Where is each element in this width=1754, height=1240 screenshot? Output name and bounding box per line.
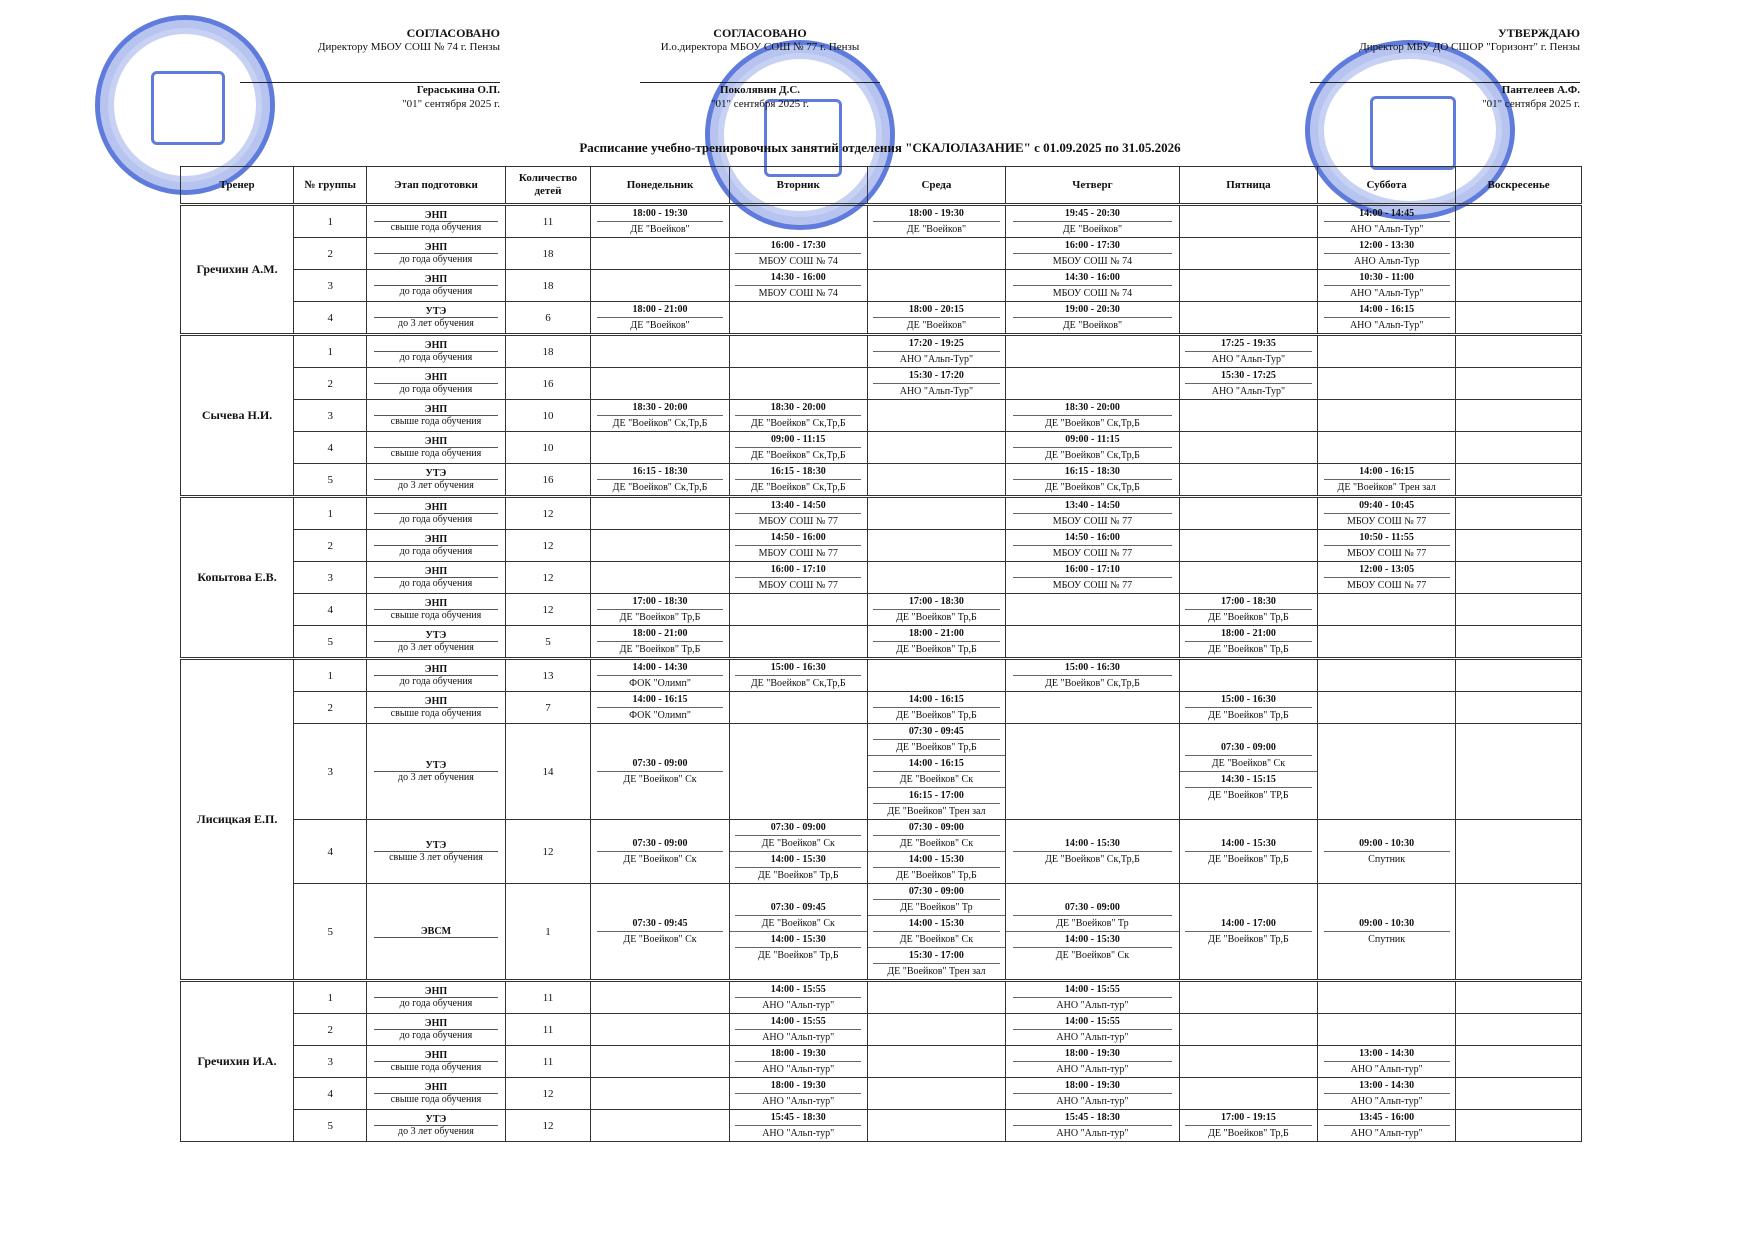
time-slot: 18:00 - 20:15ДЕ "Воейков" [868,302,1005,333]
slot-place: ДЕ "Воейков" Тр,Б [1180,610,1317,625]
stage-name: ЭВСМ [374,926,497,938]
schedule-cell [1318,335,1456,368]
schedule-cell [1179,659,1317,692]
group-number: 5 [294,1110,367,1142]
time-slot: 16:15 - 18:30ДЕ "Воейков" Ск,Тр,Б [1006,464,1179,495]
training-stage: ЭНПдо года обучения [367,1014,505,1046]
slot-place: АНО "Альп-тур" [1006,998,1179,1013]
schedule-cell: 13:00 - 14:30АНО "Альп-тур" [1318,1046,1456,1078]
schedule-cell [591,368,729,400]
slot-place: ДЕ "Воейков" Тр,Б [868,610,1005,625]
slot-time: 07:30 - 09:45 [873,724,999,740]
slot-time: 07:30 - 09:00 [735,820,861,836]
slot-time: 18:00 - 19:30 [735,1078,861,1094]
training-stage: ЭНПсвыше года обучения [367,432,505,464]
slot-place: ФОК "Олимп" [591,708,728,723]
group-number: 2 [294,238,367,270]
approval-position: Директор МБУ ДО СШОР "Горизонт" г. Пензы [1310,40,1580,54]
slot-place: АНО "Альп-тур" [1318,1126,1455,1141]
slot-place: ДЕ "Воейков" Ск,Тр,Б [1006,480,1179,495]
schedule-cell: 15:45 - 18:30АНО "Альп-тур" [1006,1110,1180,1142]
slot-place: АНО "Альп-тур" [1006,1030,1179,1045]
slot-time: 12:00 - 13:05 [1324,562,1450,578]
time-slot: 18:30 - 20:00ДЕ "Воейков" Ск,Тр,Б [730,400,867,431]
children-count: 18 [505,270,591,302]
slot-time: 18:00 - 19:30 [597,206,723,222]
time-slot: 14:30 - 16:00МБОУ СОШ № 74 [730,270,867,301]
slot-time: 14:50 - 16:00 [735,530,861,546]
training-stage: ЭНПдо года обучения [367,368,505,400]
schedule-table: Тренер№ группыЭтап подготовкиКоличество … [180,166,1582,1142]
schedule-cell [1318,400,1456,432]
children-count: 16 [505,368,591,400]
time-slot: 14:00 - 15:55АНО "Альп-тур" [1006,982,1179,1013]
schedule-cell: 17:20 - 19:25АНО "Альп-Тур" [867,335,1005,368]
slot-place: МБОУ СОШ № 77 [1318,546,1455,561]
time-slot: 14:00 - 15:30ДЕ "Воейков" Тр,Б [868,851,1005,883]
schedule-cell: 07:30 - 09:45ДЕ "Воейков" Тр,Б14:00 - 16… [867,724,1005,820]
time-slot: 09:00 - 10:30Спутник [1318,836,1455,867]
schedule-cell [1179,464,1317,497]
time-slot: 13:40 - 14:50МБОУ СОШ № 77 [1006,498,1179,529]
schedule-cell: 18:00 - 19:30АНО "Альп-тур" [729,1046,867,1078]
children-count: 12 [505,820,591,884]
group-number: 3 [294,562,367,594]
approval-name: Поколявин Д.С. [640,83,880,97]
column-header: Суббота [1318,167,1456,205]
schedule-cell: 14:00 - 15:55АНО "Альп-тур" [1006,1014,1180,1046]
slot-time: 15:00 - 16:30 [735,660,861,676]
schedule-cell: 18:00 - 21:00ДЕ "Воейков" Тр,Б [867,626,1005,659]
schedule-cell [867,659,1005,692]
slot-time: 09:00 - 11:15 [735,432,861,448]
time-slot: 13:00 - 14:30АНО "Альп-тур" [1318,1078,1455,1109]
table-row: 3ЭНПдо года обучения1216:00 - 17:10МБОУ … [181,562,1582,594]
schedule-cell [1456,368,1582,400]
training-stage: ЭВСМ [367,884,505,981]
slot-place: ДЕ "Воейков" Тр,Б [1180,708,1317,723]
schedule-cell [591,1014,729,1046]
approval-block-2: СОГЛАСОВАНО И.о.директора МБОУ СОШ № 77 … [640,26,880,111]
schedule-cell: 13:45 - 16:00АНО "Альп-тур" [1318,1110,1456,1142]
schedule-cell [1179,497,1317,530]
time-slot: 14:50 - 16:00МБОУ СОШ № 77 [1006,530,1179,561]
time-slot: 07:30 - 09:45ДЕ "Воейков" Тр,Б [868,724,1005,755]
time-slot: 10:50 - 11:55МБОУ СОШ № 77 [1318,530,1455,561]
schedule-cell [1456,302,1582,335]
schedule-cell: 14:30 - 16:00МБОУ СОШ № 74 [1006,270,1180,302]
slot-time: 14:00 - 16:15 [597,692,723,708]
training-stage: УТЭдо 3 лет обучения [367,464,505,497]
slot-place: ДЕ "Воейков" ТР,Б [1180,788,1317,803]
time-slot: 15:30 - 17:00ДЕ "Воейков" Трен зал [868,947,1005,979]
stage-name: ЭНП [374,1050,497,1062]
table-row: Сычева Н.И.1ЭНПдо года обучения1817:20 -… [181,335,1582,368]
schedule-cell: 14:00 - 16:15ФОК "Олимп" [591,692,729,724]
slot-place: МБОУ СОШ № 77 [730,514,867,529]
stage-duration: свыше года обучения [367,1094,504,1105]
slot-place: ДЕ "Воейков" Ск [1006,948,1179,963]
children-count: 18 [505,238,591,270]
trainer-block: Гречихин И.А.1ЭНПдо года обучения1114:00… [181,981,1582,1142]
schedule-cell [867,1014,1005,1046]
time-slot: 14:00 - 17:00ДЕ "Воейков" Тр,Б [1180,916,1317,947]
table-row: Лисицкая Е.П.1ЭНПдо года обучения1314:00… [181,659,1582,692]
schedule-cell: 14:00 - 14:30ФОК "Олимп" [591,659,729,692]
slot-time: 19:00 - 20:30 [1013,302,1172,318]
stage-name: ЭНП [374,404,497,416]
slot-time: 14:00 - 14:45 [1324,206,1450,222]
slot-time: 10:50 - 11:55 [1324,530,1450,546]
table-row: 2ЭНПдо года обучения1214:50 - 16:00МБОУ … [181,530,1582,562]
schedule-cell [729,205,867,238]
slot-place: ДЕ "Воейков" Ск [730,836,867,851]
schedule-cell [1179,270,1317,302]
stage-name: УТЭ [374,630,497,642]
slot-time: 14:00 - 16:15 [1324,302,1450,318]
slot-place: АНО "Альп-Тур" [1318,286,1455,301]
table-row: 3ЭНПсвыше года обучения1118:00 - 19:30АН… [181,1046,1582,1078]
children-count: 6 [505,302,591,335]
slot-place: АНО "Альп-тур" [1318,1062,1455,1077]
slot-time: 14:00 - 15:55 [1013,982,1172,998]
table-row: 2ЭНПдо года обучения1816:00 - 17:30МБОУ … [181,238,1582,270]
approval-position: И.о.директора МБОУ СОШ № 77 г. Пензы [640,40,880,54]
time-slot: 07:30 - 09:00ДЕ "Воейков" Ск [868,820,1005,851]
stage-duration: до года обучения [367,546,504,557]
approval-block-1: СОГЛАСОВАНО Директору МБОУ СОШ № 74 г. П… [240,26,500,111]
slot-place: АНО "Альп-тур" [730,998,867,1013]
slot-time: 15:30 - 17:00 [873,948,999,964]
schedule-cell [591,270,729,302]
slot-place: ДЕ "Воейков" Трен зал [868,964,1005,979]
stage-name: ЭНП [374,664,497,676]
schedule-cell [867,270,1005,302]
time-slot: 14:30 - 16:00МБОУ СОШ № 74 [1006,270,1179,301]
time-slot: 14:00 - 15:30ДЕ "Воейков" Тр,Б [1180,836,1317,867]
time-slot: 14:00 - 15:30ДЕ "Воейков" Ск [1006,931,1179,963]
children-count: 10 [505,432,591,464]
schedule-cell: 18:00 - 20:15ДЕ "Воейков" [867,302,1005,335]
slot-place: ДЕ "Воейков" Ск,Тр,Б [1006,676,1179,691]
slot-time: 14:00 - 15:30 [735,932,861,948]
time-slot: 12:00 - 13:05МБОУ СОШ № 77 [1318,562,1455,593]
slot-time: 14:00 - 15:30 [873,916,999,932]
slot-time: 17:25 - 19:35 [1185,336,1311,352]
training-stage: УТЭдо 3 лет обучения [367,302,505,335]
time-slot: 18:00 - 21:00ДЕ "Воейков" Тр,Б [591,626,728,657]
slot-time: 15:30 - 17:25 [1185,368,1311,384]
schedule-cell [591,497,729,530]
training-stage: ЭНПдо года обучения [367,335,505,368]
schedule-cell: 15:45 - 18:30АНО "Альп-тур" [729,1110,867,1142]
training-stage: УТЭсвыше 3 лет обучения [367,820,505,884]
schedule-cell [1006,724,1180,820]
trainer-name: Сычева Н.И. [181,335,294,497]
schedule-cell [1179,981,1317,1014]
time-slot: 17:00 - 18:30ДЕ "Воейков" Тр,Б [591,594,728,625]
stage-duration: до года обучения [367,254,504,265]
time-slot: 18:00 - 19:30АНО "Альп-тур" [730,1046,867,1077]
slot-place: ДЕ "Воейков" Ск,Тр,Б [591,480,728,495]
schedule-cell [1318,368,1456,400]
training-stage: УТЭдо 3 лет обучения [367,724,505,820]
schedule-cell: 17:00 - 18:30ДЕ "Воейков" Тр,Б [1179,594,1317,626]
stage-duration: до года обучения [367,578,504,589]
children-count: 12 [505,497,591,530]
table-row: 3ЭНПсвыше года обучения1018:30 - 20:00ДЕ… [181,400,1582,432]
schedule-cell: 16:00 - 17:30МБОУ СОШ № 74 [729,238,867,270]
time-slot: 12:00 - 13:30АНО Альп-Тур [1318,238,1455,269]
slot-time: 07:30 - 09:00 [873,884,999,900]
slot-time: 17:00 - 18:30 [873,594,999,610]
slot-time: 09:40 - 10:45 [1324,498,1450,514]
trainer-block: Копытова Е.В.1ЭНПдо года обучения1213:40… [181,497,1582,659]
time-slot: 19:00 - 20:30ДЕ "Воейков" [1006,302,1179,333]
stage-duration: свыше 3 лет обучения [367,852,504,863]
slot-place: ДЕ "Воейков" Ск [730,916,867,931]
schedule-cell [1006,594,1180,626]
time-slot: 17:00 - 18:30ДЕ "Воейков" Тр,Б [1180,594,1317,625]
training-stage: ЭНПсвыше года обучения [367,1078,505,1110]
schedule-cell: 18:00 - 19:30АНО "Альп-тур" [1006,1078,1180,1110]
group-number: 4 [294,1078,367,1110]
group-number: 4 [294,594,367,626]
approval-position: Директору МБОУ СОШ № 74 г. Пензы [240,40,500,54]
slot-place: ДЕ "Воейков" Тр,Б [591,642,728,657]
schedule-cell [729,594,867,626]
table-row: 4ЭНПсвыше года обучения1218:00 - 19:30АН… [181,1078,1582,1110]
table-row: 4УТЭсвыше 3 лет обучения1207:30 - 09:00Д… [181,820,1582,884]
column-header: Пятница [1179,167,1317,205]
training-stage: ЭНПсвыше года обучения [367,400,505,432]
schedule-cell: 09:00 - 10:30Спутник [1318,820,1456,884]
time-slot: 14:00 - 16:15ДЕ "Воейков" Ск [868,755,1005,787]
schedule-cell [1179,1014,1317,1046]
schedule-cell: 12:00 - 13:30АНО Альп-Тур [1318,238,1456,270]
time-slot: 18:00 - 19:30АНО "Альп-тур" [730,1078,867,1109]
schedule-cell [1179,400,1317,432]
slot-place: ДЕ "Воейков" Ск,Тр,Б [591,416,728,431]
schedule-cell [1318,724,1456,820]
schedule-cell: 07:30 - 09:00ДЕ "Воейков" Ск14:00 - 15:3… [867,820,1005,884]
children-count: 12 [505,594,591,626]
schedule-cell: 15:30 - 17:25АНО "Альп-Тур" [1179,368,1317,400]
column-header: Среда [867,167,1005,205]
group-number: 3 [294,400,367,432]
time-slot: 07:30 - 09:00ДЕ "Воейков" Ск [1180,740,1317,771]
slot-place: ДЕ "Воейков" Ск [868,836,1005,851]
table-row: 5УТЭдо 3 лет обучения518:00 - 21:00ДЕ "В… [181,626,1582,659]
time-slot: 14:00 - 15:30ДЕ "Воейков" Тр,Б [730,931,867,963]
time-slot: 15:00 - 16:30ДЕ "Воейков" Тр,Б [1180,692,1317,723]
slot-time: 17:00 - 18:30 [597,594,723,610]
approval-date: "01" сентября 2025 г. [1310,97,1580,111]
time-slot: 16:15 - 17:00ДЕ "Воейков" Трен зал [868,787,1005,819]
schedule-cell [1006,368,1180,400]
slot-time: 14:00 - 15:30 [1013,836,1172,852]
stage-duration: до 3 лет обучения [367,642,504,653]
group-number: 4 [294,432,367,464]
schedule-cell: 14:00 - 16:15АНО "Альп-Тур" [1318,302,1456,335]
slot-place: АНО "Альп-Тур" [1180,352,1317,367]
schedule-cell [1456,724,1582,820]
slot-time: 14:00 - 16:15 [1324,464,1450,480]
slot-time: 13:40 - 14:50 [1013,498,1172,514]
slot-place: ДЕ "Воейков" Ск,Тр,Б [730,676,867,691]
schedule-cell [1456,530,1582,562]
slot-time: 16:15 - 17:00 [873,788,999,804]
time-slot: 14:30 - 15:15ДЕ "Воейков" ТР,Б [1180,771,1317,803]
slot-time: 07:30 - 09:45 [597,916,723,932]
schedule-cell [1456,335,1582,368]
time-slot: 13:40 - 14:50МБОУ СОШ № 77 [730,498,867,529]
schedule-cell [1318,659,1456,692]
schedule-cell [1456,1110,1582,1142]
slot-time: 16:15 - 18:30 [597,464,723,480]
slot-place: ДЕ "Воейков" Тр,Б [730,868,867,883]
slot-time: 18:00 - 19:30 [873,206,999,222]
training-stage: ЭНПдо года обучения [367,270,505,302]
column-header: Количество детей [505,167,591,205]
slot-place: Спутник [1318,852,1455,867]
table-row: 5УТЭдо 3 лет обучения1215:45 - 18:30АНО … [181,1110,1582,1142]
stage-name: УТЭ [374,760,497,772]
training-stage: ЭНПсвыше года обучения [367,692,505,724]
schedule-cell: 10:50 - 11:55МБОУ СОШ № 77 [1318,530,1456,562]
children-count: 16 [505,464,591,497]
training-stage: ЭНПсвыше года обучения [367,594,505,626]
slot-place: МБОУ СОШ № 77 [730,546,867,561]
slot-place: ДЕ "Воейков" Ск,Тр,Б [1006,448,1179,463]
schedule-cell [1456,497,1582,530]
slot-place: АНО "Альп-тур" [1318,1094,1455,1109]
slot-time: 18:30 - 20:00 [597,400,723,416]
time-slot: 16:15 - 18:30ДЕ "Воейков" Ск,Тр,Б [591,464,728,495]
schedule-cell [729,368,867,400]
slot-place: МБОУ СОШ № 77 [1006,546,1179,561]
slot-time: 18:00 - 21:00 [597,302,723,318]
approval-block-3: УТВЕРЖДАЮ Директор МБУ ДО СШОР "Горизонт… [1310,26,1580,111]
time-slot: 17:00 - 19:15ДЕ "Воейков" Тр,Б [1180,1110,1317,1141]
time-slot: 14:00 - 15:30ДЕ "Воейков" Ск,Тр,Б [1006,836,1179,867]
slot-place: ДЕ "Воейков" Ск [868,772,1005,787]
stage-name: ЭНП [374,566,497,578]
slot-time: 07:30 - 09:45 [735,900,861,916]
slot-time: 14:00 - 15:30 [873,852,999,868]
stage-name: ЭНП [374,696,497,708]
schedule-cell [591,432,729,464]
time-slot: 16:00 - 17:10МБОУ СОШ № 77 [730,562,867,593]
schedule-cell: 09:00 - 11:15ДЕ "Воейков" Ск,Тр,Б [729,432,867,464]
schedule-cell: 18:00 - 19:30ДЕ "Воейков" [591,205,729,238]
schedule-cell [1179,238,1317,270]
schedule-cell [729,302,867,335]
children-count: 11 [505,981,591,1014]
column-header: Вторник [729,167,867,205]
approval-date: "01" сентября 2025 г. [240,97,500,111]
schedule-cell [1456,1014,1582,1046]
time-slot: 13:00 - 14:30АНО "Альп-тур" [1318,1046,1455,1077]
slot-place: ДЕ "Воейков" Ск [591,932,728,947]
schedule-cell [729,335,867,368]
slot-time: 18:00 - 19:30 [735,1046,861,1062]
time-slot: 18:00 - 21:00ДЕ "Воейков" Тр,Б [1180,626,1317,657]
slot-place: ДЕ "Воейков" Тр,Б [730,948,867,963]
schedule-cell: 15:00 - 16:30ДЕ "Воейков" Ск,Тр,Б [1006,659,1180,692]
stage-name: УТЭ [374,468,497,480]
slot-place: МБОУ СОШ № 77 [1006,578,1179,593]
time-slot: 15:00 - 16:30ДЕ "Воейков" Ск,Тр,Б [1006,660,1179,691]
schedule-cell: 19:45 - 20:30ДЕ "Воейков" [1006,205,1180,238]
group-number: 5 [294,464,367,497]
schedule-cell [1456,981,1582,1014]
slot-place: ДЕ "Воейков" Тр,Б [1180,852,1317,867]
slot-place: ДЕ "Воейков" Трен зал [1318,480,1455,495]
slot-place: МБОУ СОШ № 74 [1006,254,1179,269]
schedule-cell: 07:30 - 09:45ДЕ "Воейков" Ск [591,884,729,981]
children-count: 12 [505,1078,591,1110]
stage-name: ЭНП [374,436,497,448]
schedule-cell [867,562,1005,594]
time-slot: 07:30 - 09:00ДЕ "Воейков" Ск [730,820,867,851]
time-slot: 17:25 - 19:35АНО "Альп-Тур" [1180,336,1317,367]
slot-place: АНО "Альп-тур" [1006,1062,1179,1077]
slot-time: 09:00 - 10:30 [1324,916,1450,932]
schedule-cell [1006,626,1180,659]
slot-time: 10:30 - 11:00 [1324,270,1450,286]
slot-time: 17:00 - 18:30 [1185,594,1311,610]
time-slot: 15:45 - 18:30АНО "Альп-тур" [730,1110,867,1141]
schedule-cell: 12:00 - 13:05МБОУ СОШ № 77 [1318,562,1456,594]
stage-name: ЭНП [374,372,497,384]
schedule-cell [1179,432,1317,464]
schedule-cell: 07:30 - 09:00ДЕ "Воейков" Тр14:00 - 15:3… [1006,884,1180,981]
table-row: 4ЭНПсвыше года обучения1009:00 - 11:15ДЕ… [181,432,1582,464]
schedule-cell: 14:50 - 16:00МБОУ СОШ № 77 [1006,530,1180,562]
slot-place: АНО "Альп-тур" [730,1126,867,1141]
time-slot: 09:00 - 11:15ДЕ "Воейков" Ск,Тр,Б [730,432,867,463]
slot-place: ДЕ "Воейков" Тр,Б [1180,1126,1317,1141]
table-row: Копытова Е.В.1ЭНПдо года обучения1213:40… [181,497,1582,530]
schedule-cell: 18:30 - 20:00ДЕ "Воейков" Ск,Тр,Б [729,400,867,432]
schedule-cell [867,1046,1005,1078]
schedule-cell [867,1078,1005,1110]
time-slot: 14:50 - 16:00МБОУ СОШ № 77 [730,530,867,561]
schedule-cell [729,724,867,820]
stage-duration: свыше года обучения [367,610,504,621]
slot-time: 15:45 - 18:30 [1013,1110,1172,1126]
group-number: 4 [294,302,367,335]
stage-duration: свыше года обучения [367,1062,504,1073]
column-header: Тренер [181,167,294,205]
stage-duration: до года обучения [367,1030,504,1041]
schedule-cell: 15:30 - 17:20АНО "Альп-Тур" [867,368,1005,400]
approval-heading: СОГЛАСОВАНО [240,26,500,40]
slot-place: Спутник [1318,932,1455,947]
schedule-cell: 07:30 - 09:00ДЕ "Воейков" Ск14:30 - 15:1… [1179,724,1317,820]
slot-place: ДЕ "Воейков" Тр,Б [1180,932,1317,947]
schedule-cell: 15:00 - 16:30ДЕ "Воейков" Тр,Б [1179,692,1317,724]
time-slot: 14:00 - 15:30ДЕ "Воейков" Ск [868,915,1005,947]
stage-duration: до года обучения [367,514,504,525]
stage-name: ЭНП [374,340,497,352]
schedule-cell [591,562,729,594]
stage-duration: свыше года обучения [367,222,504,233]
schedule-cell: 15:00 - 16:30ДЕ "Воейков" Ск,Тр,Б [729,659,867,692]
time-slot: 18:00 - 19:30АНО "Альп-тур" [1006,1078,1179,1109]
schedule-cell: 14:30 - 16:00МБОУ СОШ № 74 [729,270,867,302]
